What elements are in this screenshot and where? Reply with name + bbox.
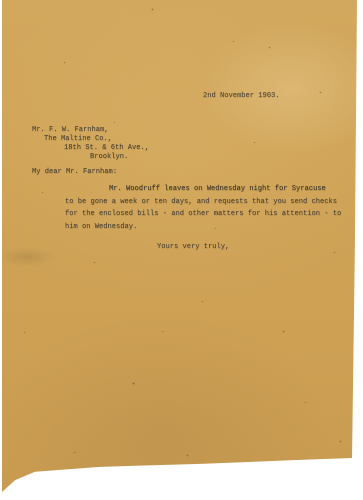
recipient-city: Brooklyn. — [90, 153, 128, 162]
recipient-street: 18th St. & 6th Ave., — [64, 144, 149, 153]
recipient-name: Mr. F. W. Farnham, — [32, 126, 109, 135]
salutation-line: My dear Mr. Farnham: — [32, 168, 117, 177]
recipient-company: The Maltine Co., — [44, 135, 112, 144]
date-line: 2nd November 1903. — [203, 92, 280, 101]
body-line-4: him on Wednesday. — [65, 223, 137, 232]
body-line-3: for the enclosed bills - and other matte… — [65, 210, 341, 219]
letter-paper: 2nd November 1903. Mr. F. W. Farnham, Th… — [2, 0, 357, 494]
paper-speckles — [2, 0, 3, 1]
scanned-letter-page: { "letter": { "date": "2nd November 1903… — [0, 0, 363, 500]
closing-line: Yours very truly, — [157, 243, 229, 252]
body-line-2: to be gone a week or ten days, and reque… — [65, 198, 337, 207]
body-line-1: Mr. Woodruff leaves on Wednesday night f… — [109, 185, 326, 194]
